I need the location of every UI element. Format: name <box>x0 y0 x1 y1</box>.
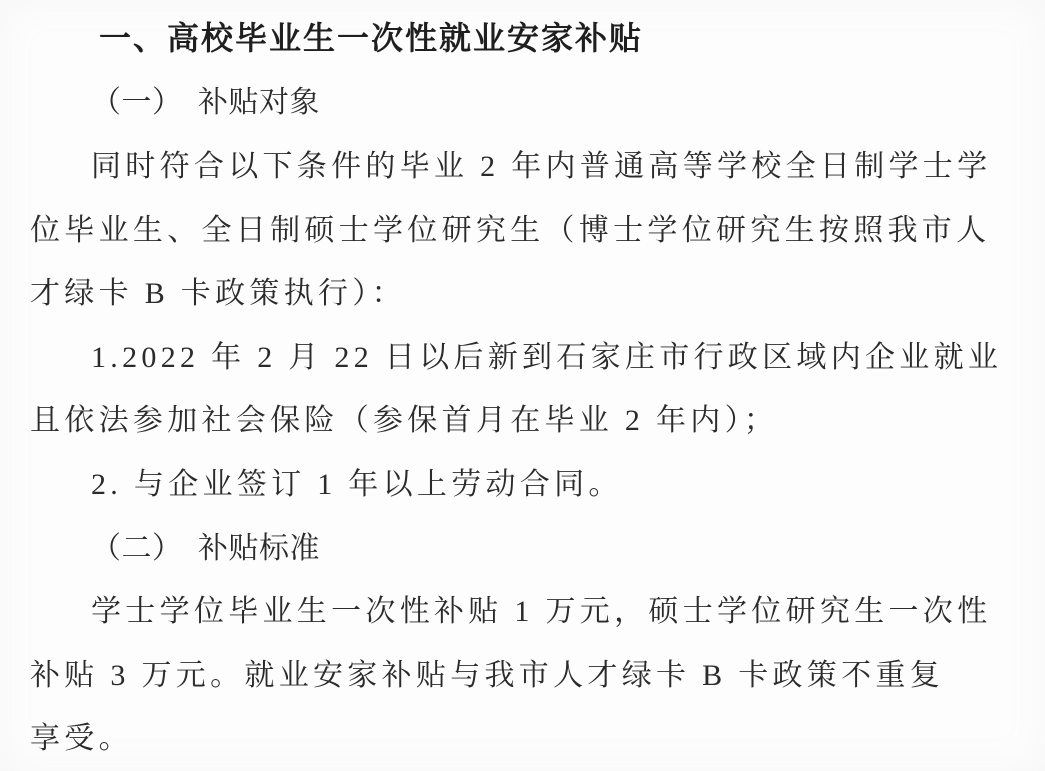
condition-1-line-2: 且依法参加社会保险（参保首月在毕业 2 年内）； <box>30 386 1025 450</box>
paragraph-standard-line-3: 享受。 <box>30 704 1025 768</box>
section-heading: 一、高校毕业生一次性就业安家补贴 <box>30 4 1025 68</box>
paragraph-standard-line-1: 学士学位毕业生一次性补贴 1 万元，硕士学位研究生一次性 <box>30 576 1025 640</box>
paragraph-eligibility-line-1: 同时符合以下条件的毕业 2 年内普通高等学校全日制学士学 <box>30 131 1025 195</box>
subsection-heading-2: （二） 补贴标准 <box>30 513 1025 577</box>
paragraph-eligibility-line-3: 才绿卡 B 卡政策执行）： <box>30 258 1025 322</box>
condition-2-line: 2. 与企业签订 1 年以上劳动合同。 <box>30 449 1025 513</box>
paragraph-eligibility-line-2: 位毕业生、全日制硕士学位研究生（博士学位研究生按照我市人 <box>30 195 1025 259</box>
paragraph-standard-line-2: 补贴 3 万元。就业安家补贴与我市人才绿卡 B 卡政策不重复 <box>30 640 1025 704</box>
document-page: 一、高校毕业生一次性就业安家补贴 （一） 补贴对象 同时符合以下条件的毕业 2 … <box>0 0 1045 771</box>
document-body: 一、高校毕业生一次性就业安家补贴 （一） 补贴对象 同时符合以下条件的毕业 2 … <box>30 4 1025 767</box>
subsection-heading-1: （一） 补贴对象 <box>30 68 1025 132</box>
condition-1-line-1: 1.2022 年 2 月 22 日以后新到石家庄市行政区域内企业就业 <box>30 322 1025 386</box>
